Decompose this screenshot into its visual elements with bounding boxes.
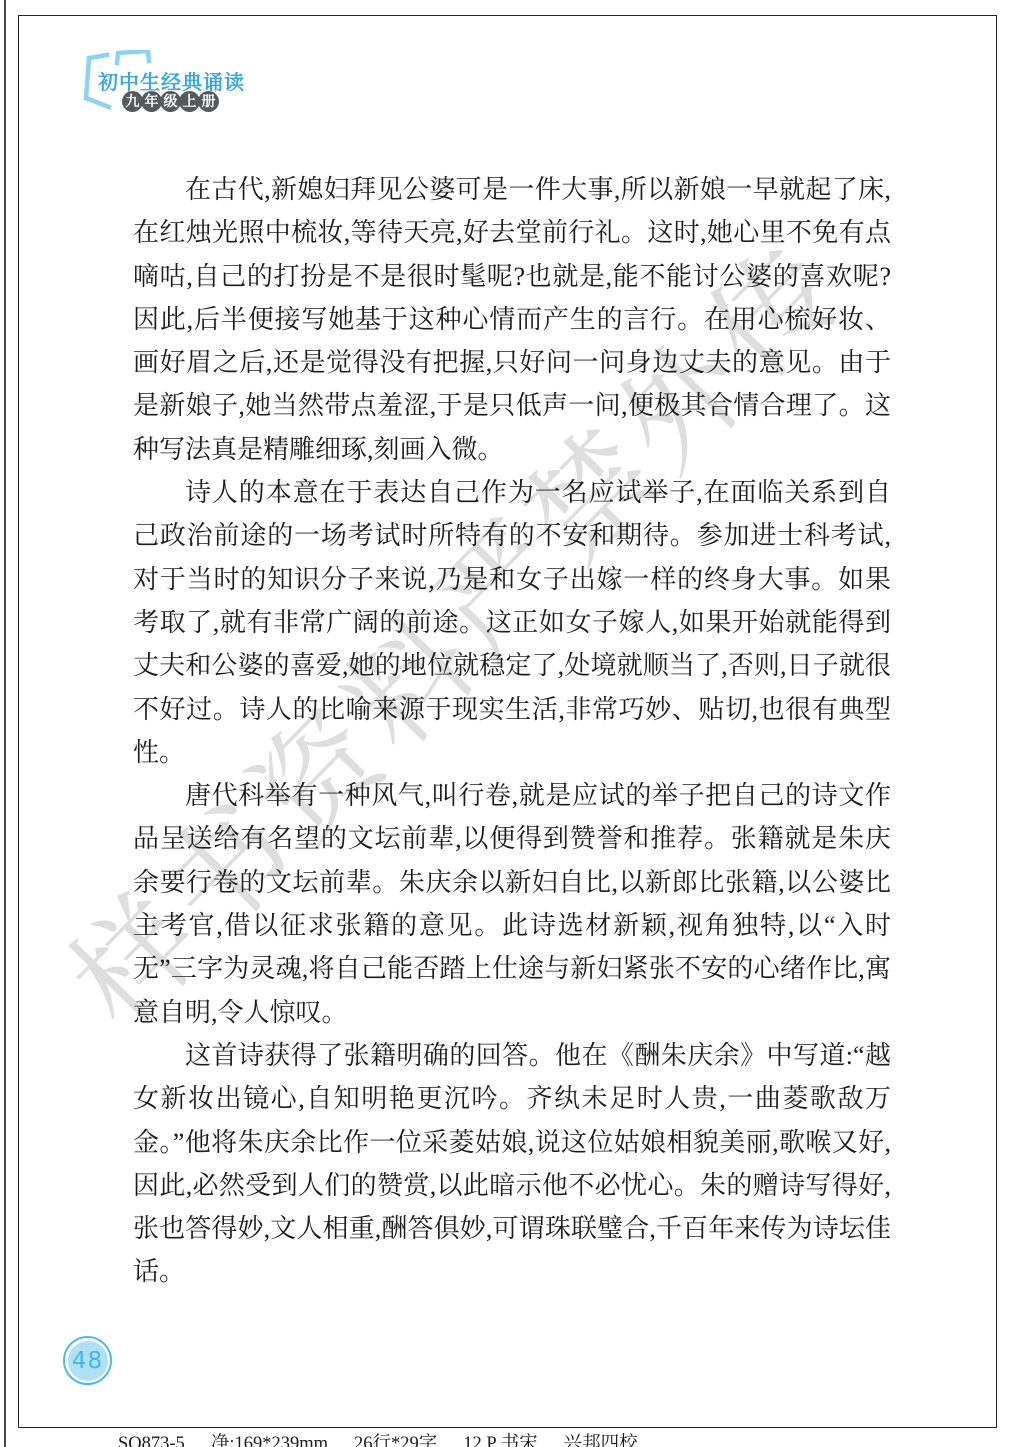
imprint-code: SQ873-5 xyxy=(118,1434,185,1447)
imprint-typeface: 12 P 书宋 xyxy=(463,1434,537,1447)
volume-badge-char: 上 xyxy=(179,91,200,112)
page-number-badge: 48 xyxy=(63,1336,112,1385)
paragraph-poet-intent: 诗人的本意在于表达自己作为一名应试举子,在面临关系到自己政治前途的一场考试时所特… xyxy=(133,471,891,774)
volume-badges: 九 年 级 上 册 xyxy=(122,91,217,112)
imprint-trim-size: 净:169*239mm xyxy=(211,1434,328,1447)
paragraph-zhangji-reply: 这首诗获得了张籍明确的回答。他在《酬朱庆余》中写道:“越女新妆出镜心,自知明艳更… xyxy=(133,1034,891,1294)
volume-badge-char: 册 xyxy=(198,91,219,112)
imprint-footer: SQ873-5净:169*239mm26行*29字12 P 书宋兴邦四校 xyxy=(118,1429,638,1447)
paragraph-bride-morning: 在古代,新媳妇拜见公婆可是一件大事,所以新娘一早就起了床,在红烛光照中梳妆,等待… xyxy=(133,168,891,471)
page-number: 48 xyxy=(72,1348,103,1374)
imprint-grid-spec: 26行*29字 xyxy=(354,1434,437,1447)
volume-badge-char: 年 xyxy=(141,91,162,112)
page-number-circle: 48 xyxy=(68,1341,108,1381)
volume-badge-char: 九 xyxy=(122,91,143,112)
book-series-logo: 初中生经典诵读 九 年 级 上 册 xyxy=(82,50,262,120)
imprint-proof-stage: 兴邦四校 xyxy=(564,1434,638,1447)
page-spine-line xyxy=(4,0,6,1447)
body-text: 在古代,新媳妇拜见公婆可是一件大事,所以新娘一早就起了床,在红烛光照中梳妆,等待… xyxy=(133,168,891,1294)
paragraph-tang-custom: 唐代科举有一种风气,叫行卷,就是应试的举子把自己的诗文作品呈送给有名望的文坛前辈… xyxy=(133,774,891,1034)
volume-badge-char: 级 xyxy=(160,91,181,112)
